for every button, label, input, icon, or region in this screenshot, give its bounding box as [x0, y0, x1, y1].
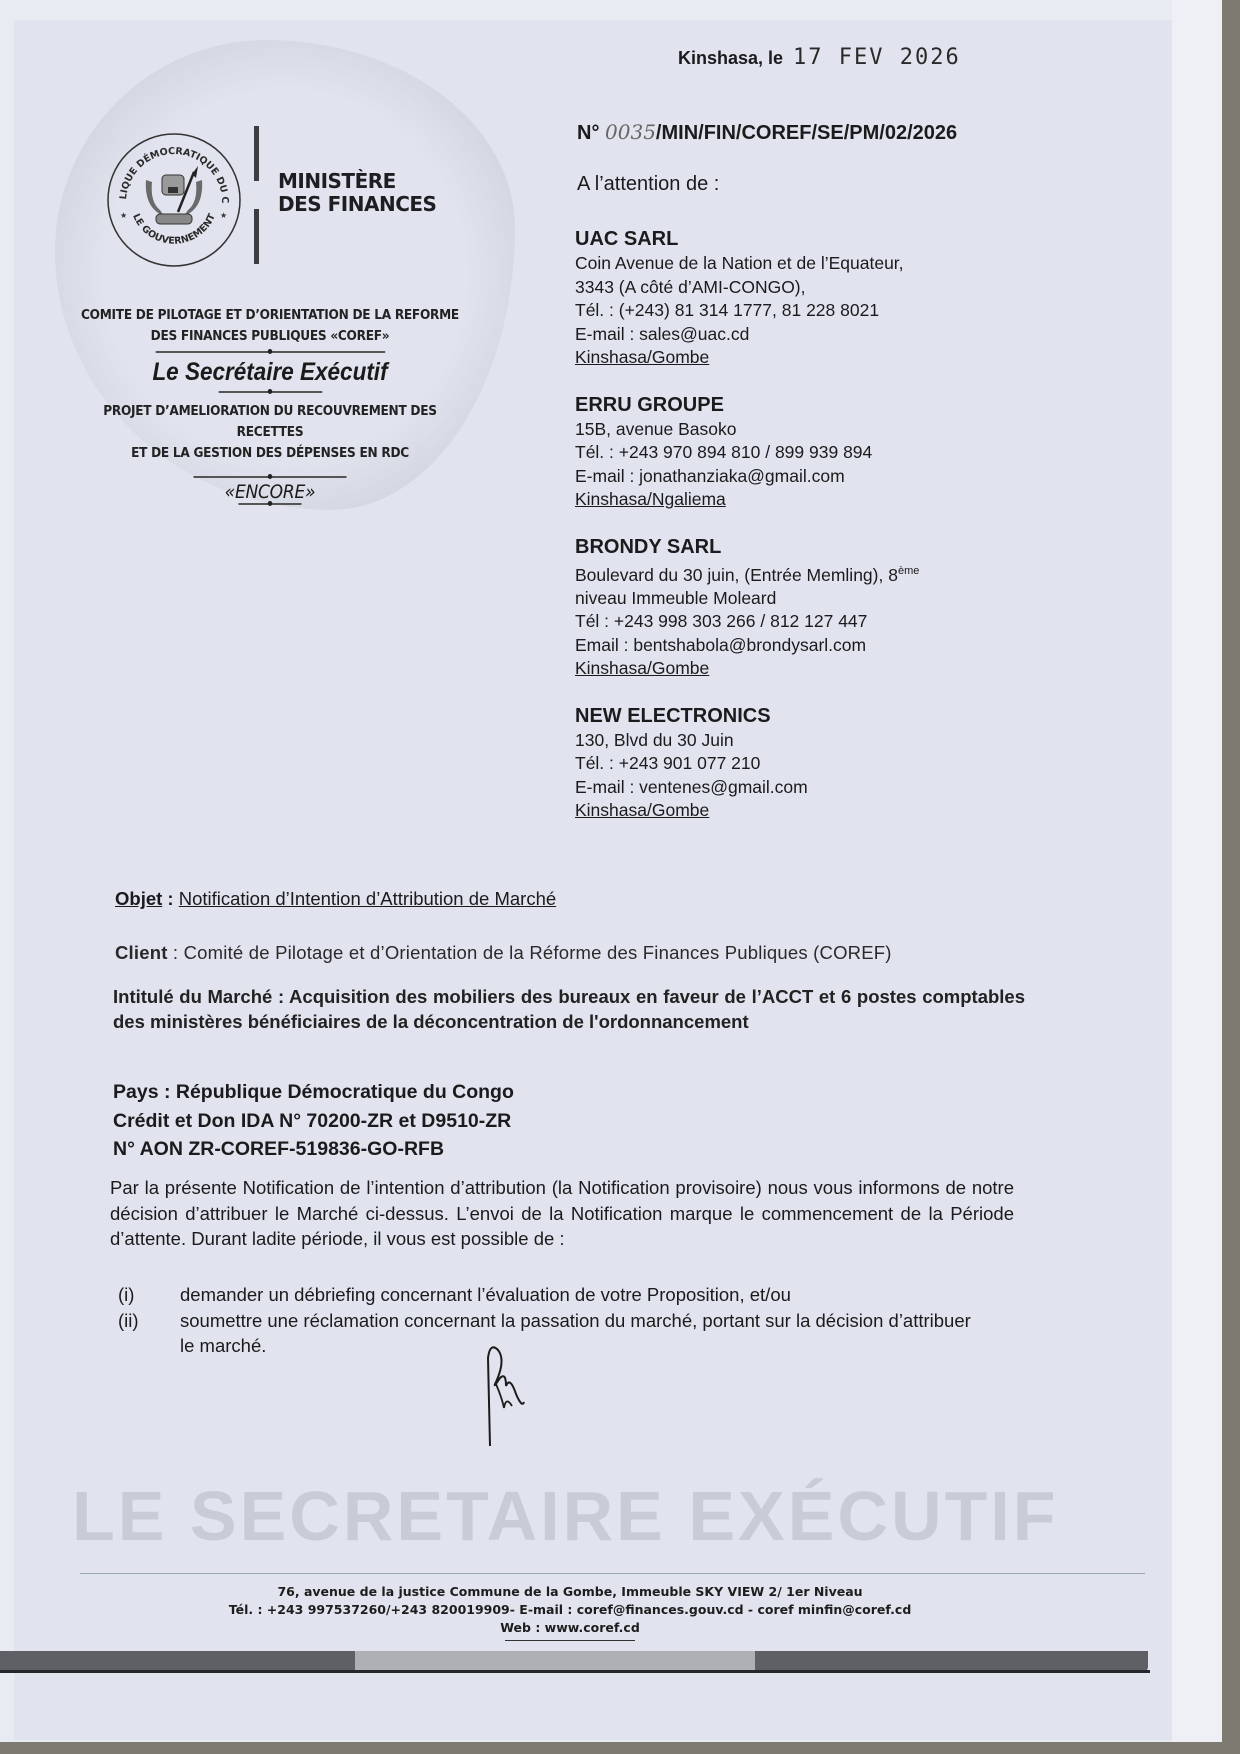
- recipient-brondy: BRONDY SARL Boulevard du 30 juin, (Entré…: [575, 534, 1035, 681]
- recipient-new-electronics: NEW ELECTRONICS 130, Blvd du 30 Juin Tél…: [575, 703, 1035, 823]
- ref-handwritten-number: 0035: [605, 120, 656, 144]
- recipient-phone: Tél. : +243 970 894 810 / 899 939 894: [575, 441, 1035, 465]
- recipient-city: Kinshasa/Gombe: [575, 799, 1035, 823]
- coat-of-arms-seal-icon: RÉPUBLIQUE DÉMOCRATIQUE DU CONGO LE GOUV…: [104, 130, 244, 270]
- recipient-name: NEW ELECTRONICS: [575, 703, 1035, 729]
- client-line: Client : Comité de Pilotage et d’Orienta…: [115, 942, 892, 964]
- recipient-address: niveau Immeuble Moleard: [575, 587, 1035, 611]
- project-acronym: «ENCORE»: [72, 482, 468, 503]
- footer-address: 76, avenue de la justice Commune de la G…: [140, 1583, 1000, 1601]
- footer-band: [0, 1651, 1150, 1673]
- ministry-line-1: MINISTÈRE: [278, 170, 436, 193]
- footer-contact: Tél. : +243 997537260/+243 820019909- E-…: [140, 1601, 1000, 1619]
- country-line: Pays : République Démocratique du Congo: [113, 1078, 514, 1107]
- recipient-name: UAC SARL: [575, 226, 1035, 252]
- ornament-divider: [218, 391, 322, 393]
- recipient-city: Kinshasa/Gombe: [575, 346, 1035, 370]
- recipient-email: Email : bentshabola@brondysarl.com: [575, 634, 1035, 658]
- attention-label: A l’attention de :: [577, 173, 719, 196]
- recipient-email: E-mail : jonathanziaka@gmail.com: [575, 465, 1035, 489]
- committee-line-2: DES FINANCES PUBLIQUES «COREF»: [72, 326, 468, 347]
- list-item: (ii) soumettre une réclamation concernan…: [118, 1308, 988, 1359]
- header-divider: [254, 126, 259, 264]
- reference-number: N° 0035/MIN/FIN/COREF/SE/PM/02/2026: [577, 120, 957, 145]
- dateline: Kinshasa, le17 FEV 2026: [678, 45, 961, 70]
- committee-line-1: COMITE DE PILOTAGE ET D’ORIENTATION DE L…: [72, 305, 468, 326]
- recipient-address: 3343 (A côté d’AMI-CONGO),: [575, 276, 1035, 300]
- subject-label: Objet: [115, 888, 162, 909]
- ministry-line-2: DES FINANCES: [278, 193, 436, 216]
- ref-suffix: /MIN/FIN/COREF/SE/PM/02/2026: [656, 122, 957, 144]
- footer-rule: [80, 1573, 1145, 1574]
- client-value: : Comité de Pilotage et d’Orientation de…: [168, 942, 892, 963]
- recipient-city: Kinshasa/Gombe: [575, 657, 1035, 681]
- svg-text:★: ★: [220, 211, 227, 220]
- subject-value: Notification d’Intention d’Attribution d…: [179, 888, 556, 909]
- project-info: Pays : République Démocratique du Congo …: [113, 1078, 514, 1164]
- footer: 76, avenue de la justice Commune de la G…: [140, 1583, 1000, 1641]
- ornament-divider: [194, 476, 347, 478]
- recipient-name: BRONDY SARL: [575, 534, 1035, 560]
- aon-line: N° AON ZR-COREF-519836-GO-RFB: [113, 1135, 514, 1164]
- recipient-email: E-mail : ventenes@gmail.com: [575, 776, 1035, 800]
- footer-web: Web : www.coref.cd: [140, 1619, 1000, 1637]
- recipients-list: UAC SARL Coin Avenue de la Nation et de …: [575, 226, 1035, 845]
- ornament-divider: [239, 503, 302, 505]
- recipient-city: Kinshasa/Ngaliema: [575, 488, 1035, 512]
- recipient-address: Coin Avenue de la Nation et de l’Equateu…: [575, 252, 1035, 276]
- recipient-phone: Tél. : (+243) 81 314 1777, 81 228 8021: [575, 299, 1035, 323]
- options-list: (i) demander un débriefing concernant l’…: [118, 1282, 988, 1359]
- page-margin: [1172, 0, 1222, 1742]
- recipient-name: ERRU GROUPE: [575, 392, 1035, 418]
- ref-prefix: N°: [577, 122, 599, 144]
- client-label: Client: [115, 942, 168, 963]
- recipient-phone: Tél : +243 998 303 266 / 812 127 447: [575, 610, 1035, 634]
- list-item: (i) demander un débriefing concernant l’…: [118, 1282, 988, 1308]
- committee-block: COMITE DE PILOTAGE ET D’ORIENTATION DE L…: [72, 305, 468, 509]
- contract-title: Intitulé du Marché : Acquisition des mob…: [113, 984, 1025, 1034]
- date-stamp: 17 FEV 2026: [793, 45, 961, 70]
- date-label: Kinshasa, le: [678, 48, 783, 68]
- recipient-erru: ERRU GROUPE 15B, avenue Basoko Tél. : +2…: [575, 392, 1035, 512]
- ministry-name: MINISTÈRE DES FINANCES: [278, 170, 436, 216]
- recipient-address: Boulevard du 30 juin, (Entrée Memling), …: [575, 560, 1035, 587]
- recipient-email: E-mail : sales@uac.cd: [575, 323, 1035, 347]
- footer-ornament: [505, 1640, 635, 1641]
- signature-icon: [476, 1338, 536, 1448]
- svg-text:★: ★: [120, 211, 127, 220]
- credit-line: Crédit et Don IDA N° 70200-ZR et D9510-Z…: [113, 1107, 514, 1136]
- project-line-2: ET DE LA GESTION DES DÉPENSES EN RDC: [72, 443, 468, 464]
- secretary-title: Le Secrétaire Exécutif: [72, 357, 468, 387]
- project-line-1: PROJET D’AMELIORATION DU RECOUVREMENT DE…: [72, 401, 468, 443]
- ornament-divider: [155, 351, 385, 353]
- recipient-uac: UAC SARL Coin Avenue de la Nation et de …: [575, 226, 1035, 370]
- signatory-title-watermark: LE SECRETAIRE EXÉCUTIF: [72, 1476, 1058, 1556]
- recipient-phone: Tél. : +243 901 077 210: [575, 752, 1035, 776]
- recipient-address: 15B, avenue Basoko: [575, 418, 1035, 442]
- recipient-address: 130, Blvd du 30 Juin: [575, 729, 1035, 753]
- subject-line: Objet : Notification d’Intention d’Attri…: [115, 888, 556, 910]
- body-paragraph: Par la présente Notification de l’intent…: [110, 1175, 1014, 1252]
- document-page: RÉPUBLIQUE DÉMOCRATIQUE DU CONGO LE GOUV…: [0, 0, 1222, 1742]
